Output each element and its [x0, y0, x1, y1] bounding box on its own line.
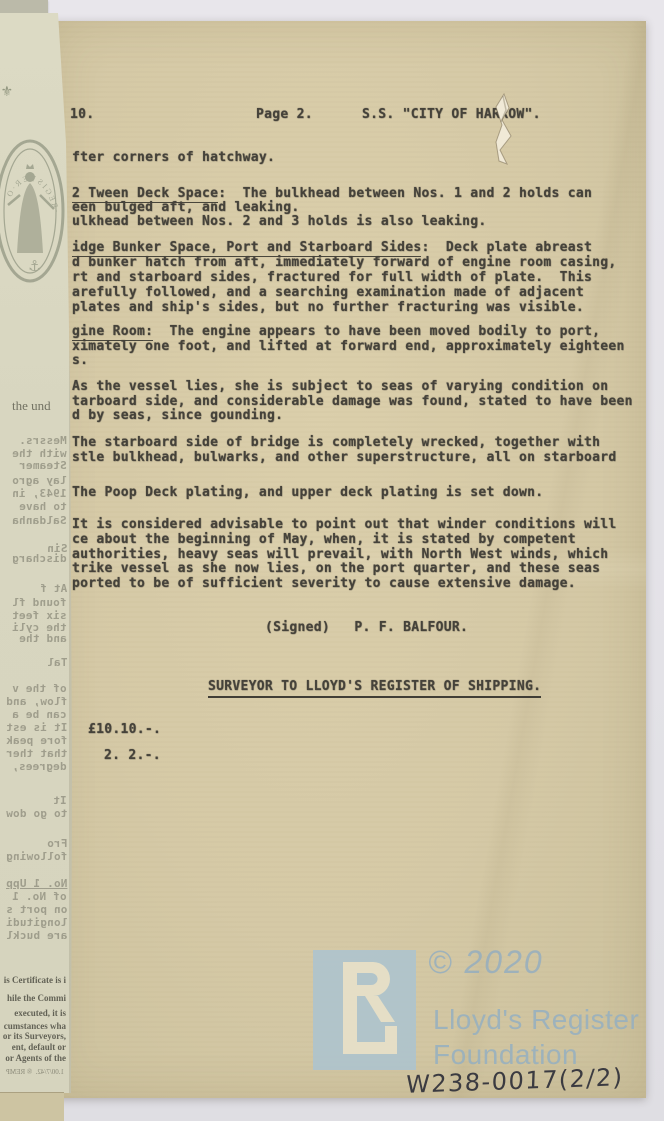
mirrored-text: to have [19, 501, 67, 512]
body-line: idge Bunker Space, Port and Starboard Si… [72, 240, 592, 255]
mirrored-text: Fro [47, 838, 67, 849]
mirrored-text: At f [40, 583, 67, 594]
body-line: ce about the beginning of May, when, it … [72, 532, 576, 547]
body-line: authorities, heavy seas will prevail, wi… [72, 547, 608, 562]
body-line: fter corners of hatchway. [72, 150, 275, 165]
body-line: stle bulkhead, bulwarks, and other super… [72, 450, 617, 465]
mirrored-text: and the [19, 633, 67, 644]
mirrored-text: Tal [47, 657, 67, 668]
body-line: d bunker hatch from aft, immediately for… [72, 255, 617, 270]
mirrored-text: longitudi [6, 917, 67, 928]
mirrored-text: flow, and [6, 696, 67, 707]
body-line: tarboard side, and considerable damage w… [72, 394, 633, 409]
body-line: As the vessel lies, she is subject to se… [72, 379, 608, 394]
mirrored-text: It [53, 795, 67, 806]
mirrored-text: six feet [12, 610, 67, 621]
mirrored-text: following [6, 851, 67, 862]
svg-text:⚓: ⚓ [29, 255, 40, 276]
body-line: The starboard side of bridge is complete… [72, 435, 600, 450]
body-line: d by seas, since gounding. [72, 408, 283, 423]
mirrored-text: found fl [12, 597, 67, 608]
body-line: plates and ship's sides, but no further … [72, 300, 584, 315]
mirrored-text: can be a [12, 709, 67, 720]
paper-scrap-bottom-left [0, 1092, 64, 1121]
mirrored-text: It is est [6, 722, 67, 733]
body-line: ported to be of sufficient severity to c… [72, 576, 576, 591]
certificate-print-text: or its Surveyors, [3, 1031, 66, 1041]
certificate-print-text: cumstances wha [4, 1021, 66, 1031]
lloyds-register-logo-icon [313, 950, 416, 1070]
body-line: ximately one foot, and lifted at forward… [72, 339, 625, 354]
body-line: ulkhead between Nos. 2 and 3 holds is al… [72, 214, 486, 229]
mirrored-text: Saldanha [12, 515, 67, 526]
underlying-page-strip: ⚜ ·REGISTER·O ⚓ the und Messrs. with the… [0, 13, 72, 1093]
watermark-copyright: © 2020 [428, 944, 544, 981]
body-line: arefully followed, and a searching exami… [72, 285, 584, 300]
mirrored-text: are buckl [6, 930, 67, 941]
paper-scrap-top-left [0, 0, 48, 14]
mirrored-text: of the v [12, 683, 67, 694]
body-line: een bulged aft, and leaking. [72, 200, 300, 215]
signature-line: (Signed) P. F. BALFOUR. [265, 620, 468, 635]
mirrored-text: 1943, in [12, 488, 67, 499]
certificate-print-text: or Agents of the [5, 1053, 66, 1063]
amount-1: £10.10.-. [88, 722, 161, 737]
mirrored-text: Messrs. [19, 435, 67, 446]
certificate-print-text: executed, it is [14, 1008, 66, 1018]
paper-tear [488, 92, 522, 170]
body-line: rt and starboard sides, fractured for fu… [72, 270, 592, 285]
mirrored-text: fore peak [6, 735, 67, 746]
mirrored-text: lay agro [12, 475, 67, 486]
showthrough-readable-text: the und [12, 398, 51, 414]
mirrored-text: Steamer [19, 460, 67, 471]
mirrored-text: No. 1 Upp [6, 878, 67, 889]
body-line: s. [72, 353, 88, 368]
amount-2: 2. 2.-. [104, 748, 161, 763]
body-line: 2 Tween Deck Space: The bulkhead between… [72, 186, 592, 201]
mirrored-text: on port s [6, 904, 67, 915]
body-line: It is considered advisable to point out … [72, 517, 617, 532]
mirrored-text: that ther [6, 748, 67, 759]
certificate-print-text: is Certificate is i [4, 975, 66, 985]
page-label: Page 2. [256, 107, 313, 122]
certificate-print-text: hile the Commi [7, 993, 66, 1003]
surveyor-title: SURVEYOR TO LLOYD'S REGISTER OF SHIPPING… [208, 679, 541, 698]
mirrored-text: degrees, [12, 761, 67, 772]
crest-ornament-icon: ⚜ [2, 81, 12, 100]
mirrored-text: of No. 1 [12, 891, 67, 902]
mirrored-text: with the [12, 448, 67, 459]
form-print-code: 1.00/7/42. ® REMP [6, 1068, 64, 1076]
body-line: The Poop Deck plating, and upper deck pl… [72, 485, 543, 500]
mirrored-text: to go dow [6, 808, 67, 819]
body-line: gine Room: The engine appears to have be… [72, 324, 600, 339]
doc-number: 10. [70, 107, 94, 122]
mirrored-text: discharg [12, 553, 67, 564]
lloyds-register-seal-icon: ·REGISTER·O ⚓ [0, 135, 70, 287]
certificate-print-text: ent, default or [12, 1042, 66, 1052]
body-line: trike vessel as she now lies, on the por… [72, 561, 600, 576]
watermark-org-line1: Lloyd's Register [433, 1004, 639, 1036]
